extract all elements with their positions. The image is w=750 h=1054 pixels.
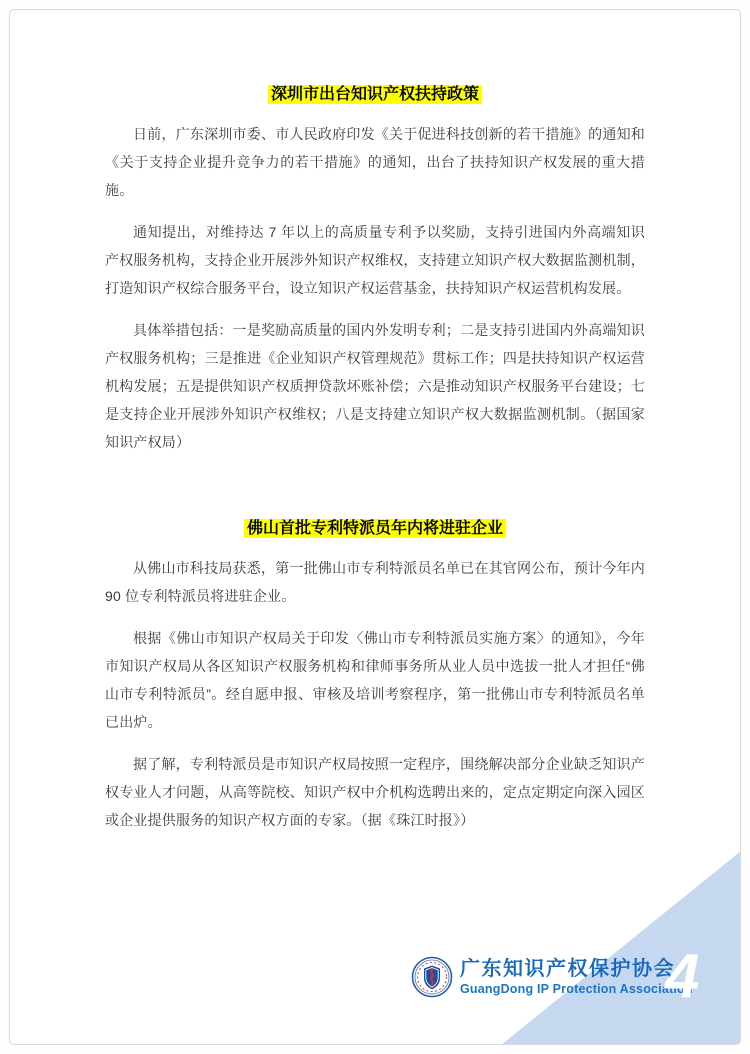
association-name-en: GuangDong IP Protection Association (460, 982, 690, 997)
article-paragraph: 从佛山市科技局获悉，第一批佛山市专利特派员名单已在其官网公布，预计今年内 90 … (105, 554, 645, 610)
page-number: 4 (665, 946, 699, 1008)
article-paragraph: 通知提出，对维持达 7 年以上的高质量专利予以奖励，支持引进国内外高端知识产权服… (105, 218, 645, 302)
article-paragraph: 日前，广东深圳市委、市人民政府印发《关于促进科技创新的若干措施》的通知和《关于支… (105, 120, 645, 204)
highlighted-title-text: 深圳市出台知识产权扶持政策 (268, 85, 482, 104)
page-content: 深圳市出台知识产权扶持政策 日前，广东深圳市委、市人民政府印发《关于促进科技创新… (105, 84, 645, 834)
highlighted-title-text: 佛山首批专利特派员年内将进驻企业 (244, 519, 506, 538)
document-page: 深圳市出台知识产权扶持政策 日前，广东深圳市委、市人民政府印发《关于促进科技创新… (9, 9, 741, 1045)
article-title: 深圳市出台知识产权扶持政策 (105, 84, 645, 106)
article-foshan-patent-commissioners: 佛山首批专利特派员年内将进驻企业 从佛山市科技局获悉，第一批佛山市专利特派员名单… (105, 518, 645, 834)
article-title: 佛山首批专利特派员年内将进驻企业 (105, 518, 645, 540)
corner-accent-triangle (501, 851, 741, 1045)
article-paragraph: 具体举措包括：一是奖励高质量的国内外发明专利；二是支持引进国内外高端知识产权服务… (105, 316, 645, 456)
association-badge-icon (411, 956, 453, 998)
association-name-block: 广东知识产权保护协会 GuangDong IP Protection Assoc… (460, 956, 690, 997)
association-name-zh: 广东知识产权保护协会 (460, 956, 690, 982)
article-shenzhen-policy: 深圳市出台知识产权扶持政策 日前，广东深圳市委、市人民政府印发《关于促进科技创新… (105, 84, 645, 456)
article-paragraph: 根据《佛山市知识产权局关于印发〈佛山市专利特派员实施方案〉的通知》，今年市知识产… (105, 624, 645, 736)
article-paragraph: 据了解，专利特派员是市知识产权局按照一定程序，围绕解决部分企业缺乏知识产权专业人… (105, 750, 645, 834)
